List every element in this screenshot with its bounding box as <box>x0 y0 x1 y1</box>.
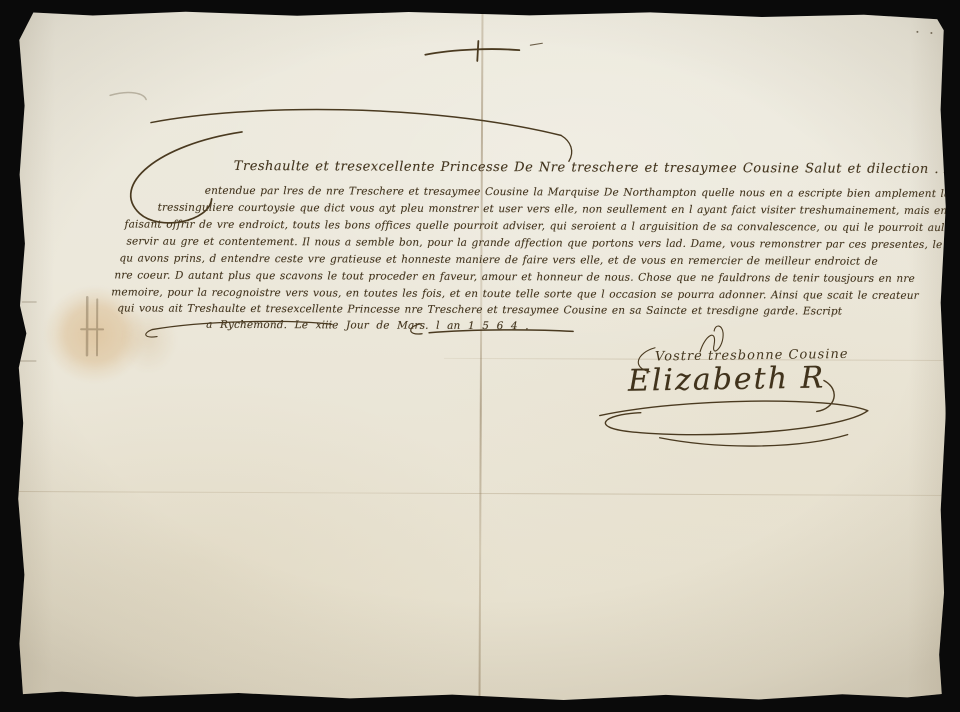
signature-elizabeth-r: Elizabeth R <box>628 360 826 398</box>
invocation-cross-mark <box>477 41 478 61</box>
invocation-cross-mark <box>425 49 519 55</box>
letter-line: faisant offrir de vre endroict, touts le… <box>125 218 960 234</box>
signature-flourish <box>600 400 868 416</box>
invocation-cross-mark <box>530 43 542 45</box>
initial-letter-flourish <box>151 109 561 136</box>
letter-line: qu avons prins, d entendre ceste vre gra… <box>119 252 878 267</box>
initial-letter-flourish <box>561 135 572 161</box>
letter-line: entendue par lres de nre Treschere et tr… <box>205 185 960 200</box>
letter-line: tressinguliere courtoysie que dict vous … <box>158 202 960 218</box>
ink-speck <box>916 31 918 33</box>
fold-crease-horizontal-lower <box>16 491 945 496</box>
seal-ghost-mark <box>110 92 146 99</box>
photo-background: Treshaulte et tresexcellente Princesse D… <box>0 0 960 712</box>
signature-flourish <box>660 434 848 447</box>
letter-line: nre coeur. D autant plus que scavons le … <box>114 269 915 284</box>
letter-line: qui vous ait Treshaulte et tresexcellent… <box>117 302 842 317</box>
letter-line: Treshaulte et tresexcellente Princesse D… <box>234 159 960 177</box>
fold-crease-vertical <box>478 11 483 701</box>
letter-line: servir au gre et contentement. Il nous a… <box>126 235 960 251</box>
place-underline-flourish <box>146 330 157 338</box>
letter-line-dateline: a Rychemond. Le xiiie Jour de Mars. l an… <box>206 319 529 332</box>
ink-speck <box>930 32 932 34</box>
letter-line: memoire, pour la recognoistre vers vous,… <box>111 286 919 302</box>
signature-flourish <box>605 410 867 436</box>
manuscript-paper: Treshaulte et tresexcellente Princesse D… <box>15 9 947 703</box>
